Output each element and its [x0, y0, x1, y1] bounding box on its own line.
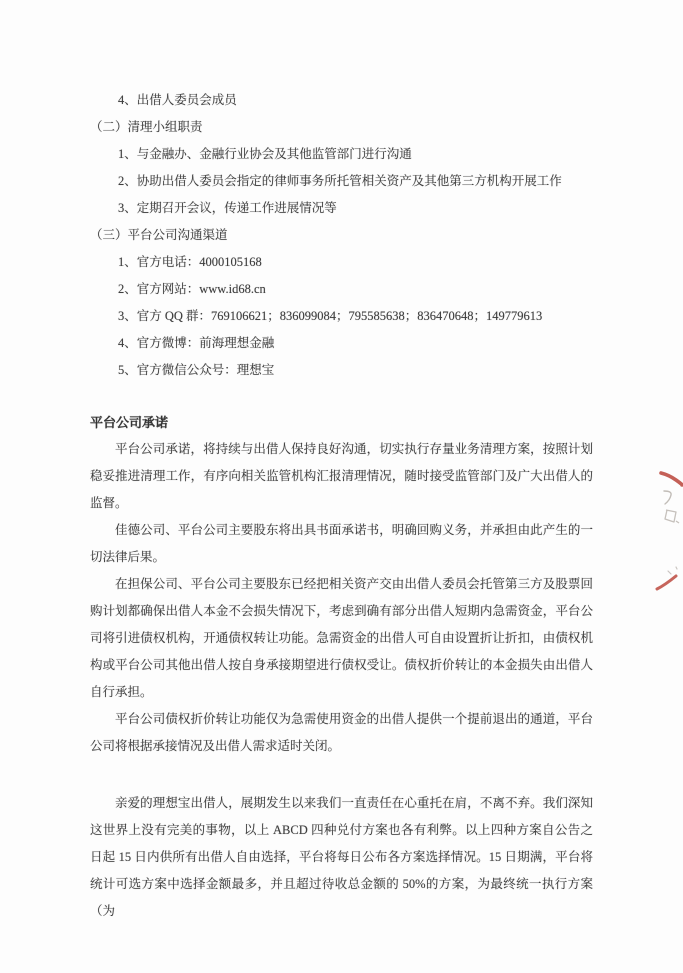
list-item-official-weibo: 4、官方微博：前海理想金融 [90, 330, 593, 357]
closing-paragraph: 亲爱的理想宝出借人，展期发生以来我们一直责任在心重托在肩，不离不弃。我们深知这世… [90, 790, 593, 925]
red-pen-stroke-icon [661, 473, 682, 485]
paragraph-debt-transfer: 在担保公司、平台公司主要股东已经把相关资产交由出借人委员会托管第三方及股票回购计… [90, 571, 593, 706]
paragraph-early-exit-channel: 平台公司债权折价转让功能仅为急需使用资金的出借人提供一个提前退出的通道，平台公司… [90, 706, 593, 760]
paragraph-commitment: 平台公司承诺，将持续与出借人保持良好沟通，切实执行存量业务清理方案，按照计划稳妥… [90, 436, 593, 517]
pencil-scribble-icon [665, 510, 679, 523]
list-item-committee-member: 4、出借人委员会成员 [90, 87, 593, 114]
red-pen-stroke-icon [657, 576, 676, 589]
list-item-official-wechat: 5、官方微信公众号：理想宝 [90, 357, 593, 384]
list-item-duty-2: 2、协助出借人委员会指定的律师事务所托管相关资产及其他第三方机构开展工作 [90, 168, 593, 195]
list-item-duty-1: 1、与金融办、金融行业协会及其他监管部门进行沟通 [90, 141, 593, 168]
margin-annotation-upper [645, 460, 683, 535]
list-item-official-website: 2、官方网站：www.id68.cn [90, 276, 593, 303]
list-item-official-qq-groups: 3、官方 QQ 群：769106621；836099084；795585638；… [90, 303, 593, 330]
pencil-tick-icon [668, 567, 677, 574]
section-heading-cleanup-duties: （二）清理小组职责 [90, 114, 593, 141]
list-item-official-phone: 1、官方电话：4000105168 [90, 249, 593, 276]
margin-annotation-lower [650, 560, 683, 595]
pencil-scribble-icon [664, 491, 671, 504]
list-item-duty-3: 3、定期召开会议，传递工作进展情况等 [90, 195, 593, 222]
commitment-heading: 平台公司承诺 [90, 409, 593, 436]
section-heading-communication-channels: （三）平台公司沟通渠道 [90, 222, 593, 249]
scanned-document-page: 4、出借人委员会成员 （二）清理小组职责 1、与金融办、金融行业协会及其他监管部… [0, 0, 683, 973]
document-content: 4、出借人委员会成员 （二）清理小组职责 1、与金融办、金融行业协会及其他监管部… [90, 87, 593, 925]
paragraph-written-promise: 佳德公司、平台公司主要股东将出具书面承诺书，明确回购义务，并承担由此产生的一切法… [90, 517, 593, 571]
